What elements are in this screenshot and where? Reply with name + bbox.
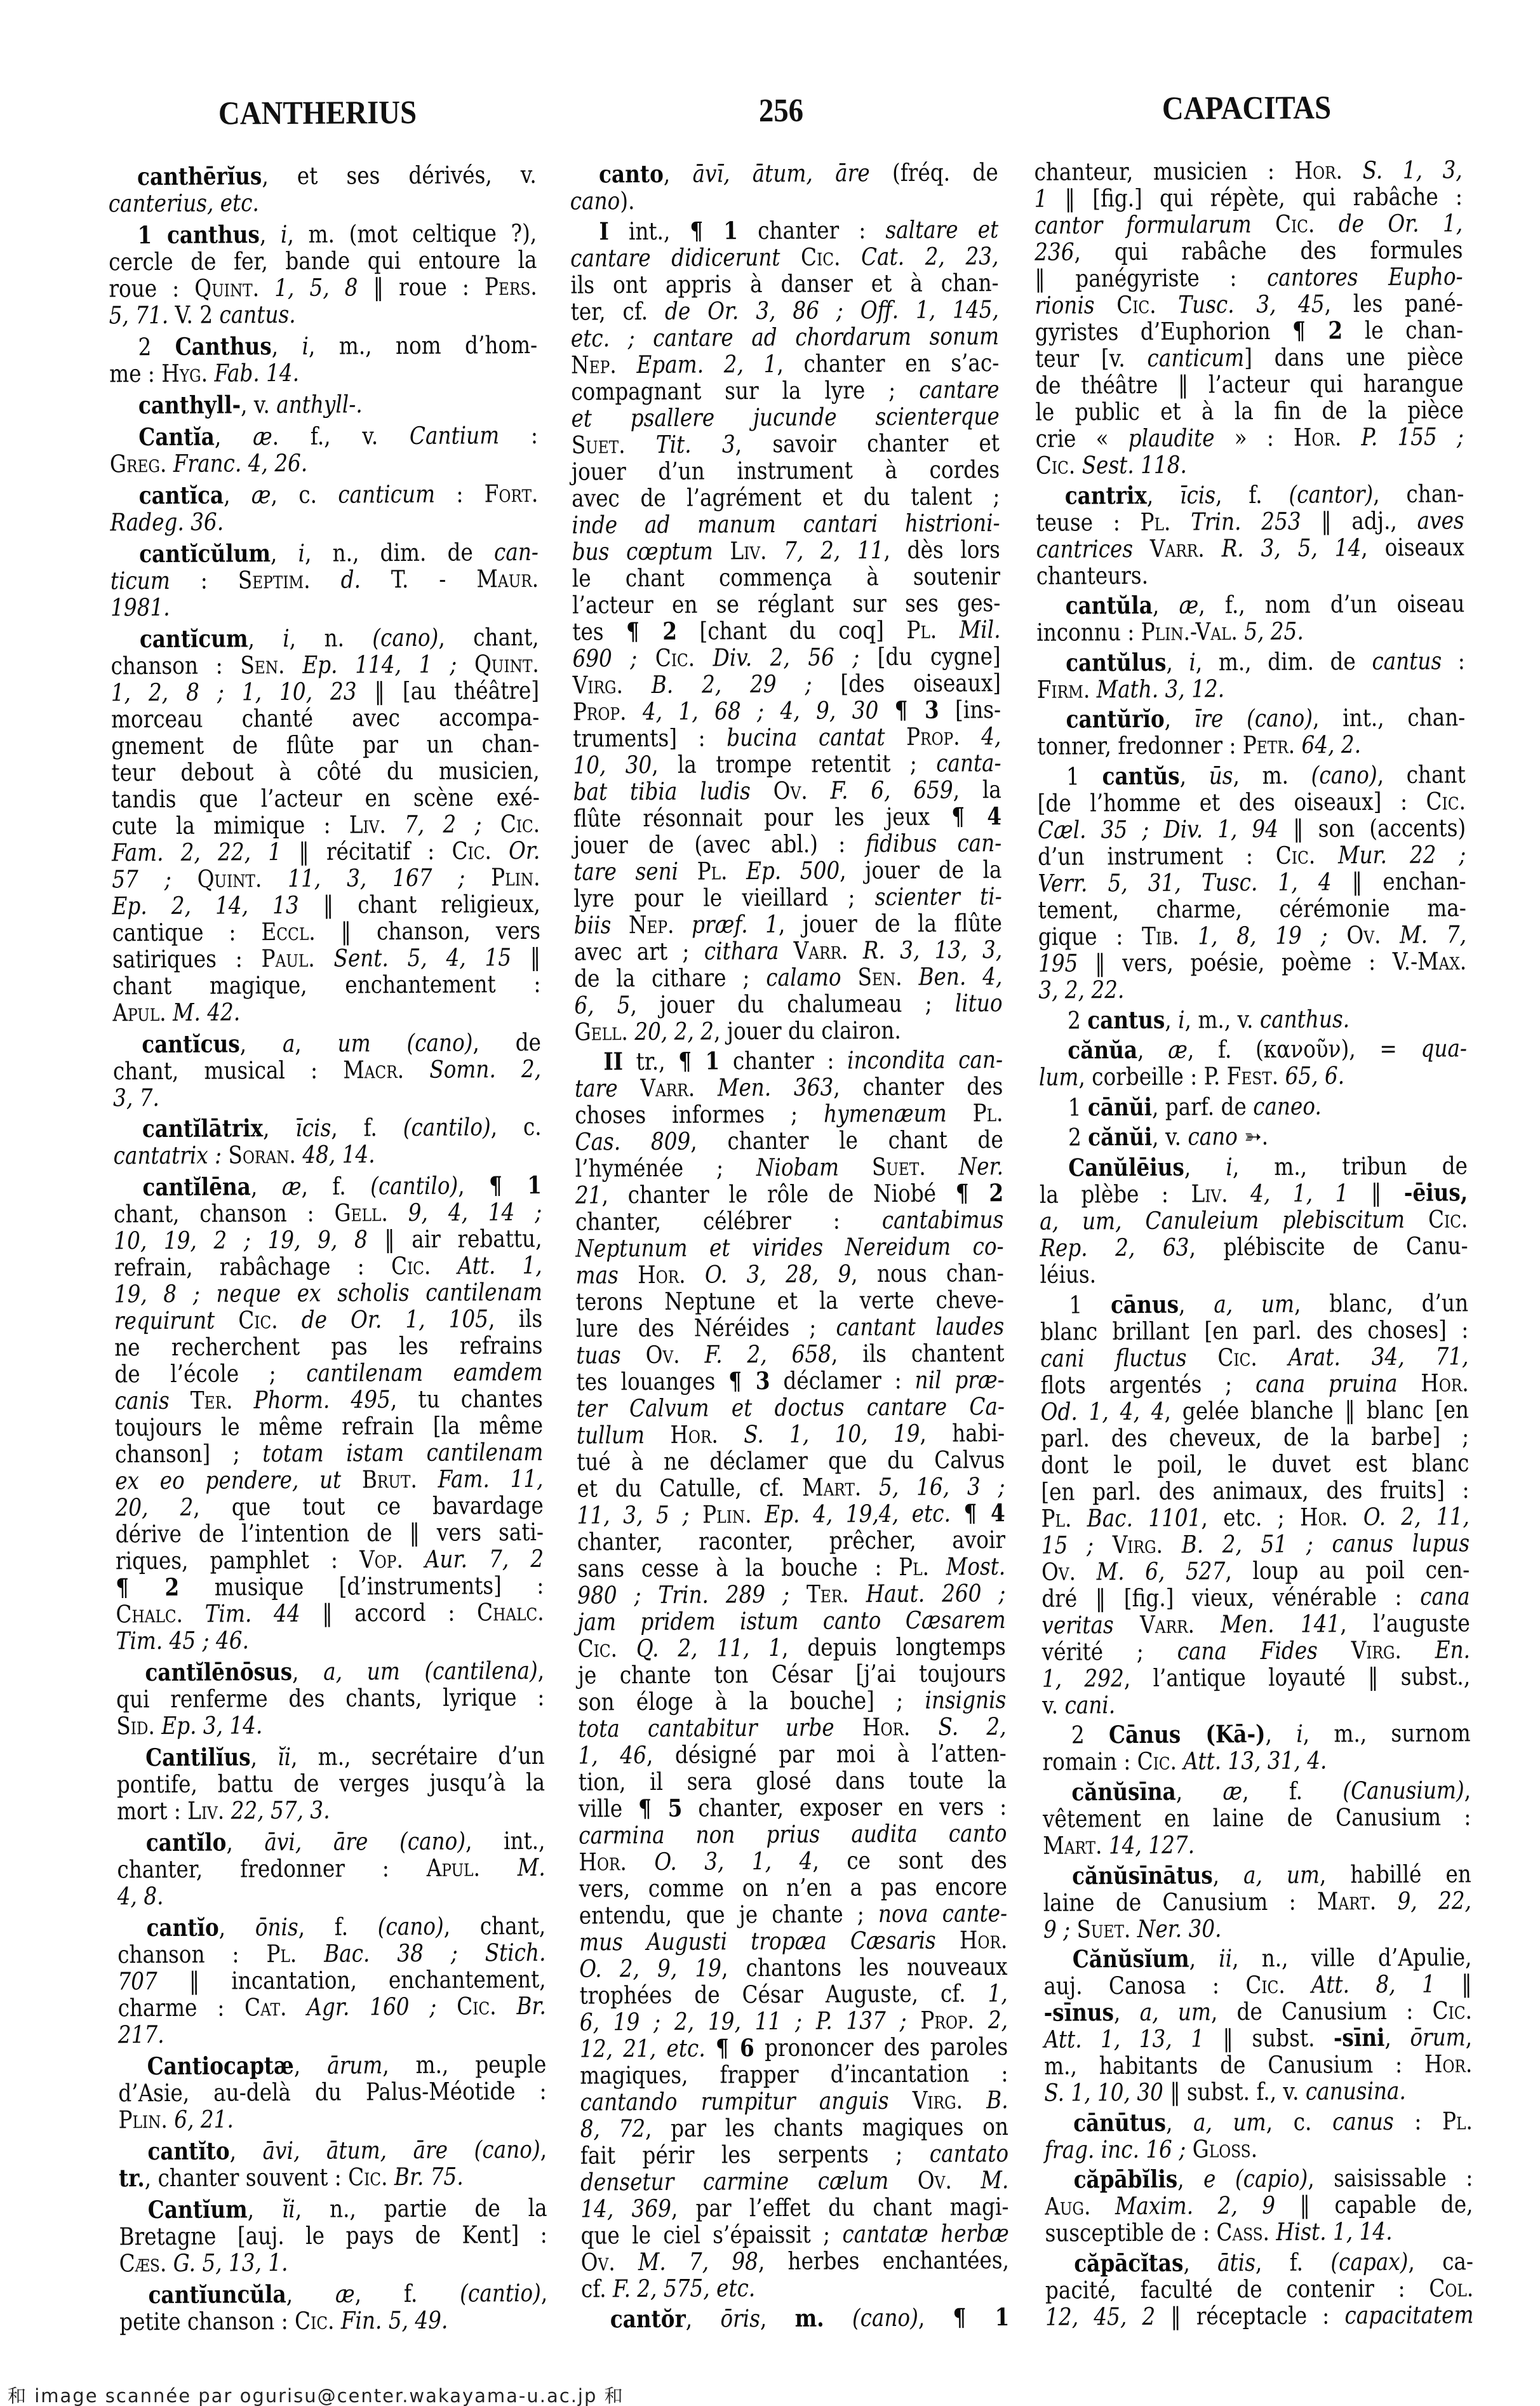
text-run: i <box>281 220 288 248</box>
text-run: ārum <box>327 2051 382 2079</box>
text-run: de la cithare ; <box>574 964 766 993</box>
text-run: æ <box>253 422 272 450</box>
text-run <box>619 1261 638 1289</box>
text-run: la plèbe : <box>1040 1180 1191 1209</box>
text-run: ‖ roue : <box>358 272 485 301</box>
text-run <box>481 810 500 838</box>
text-run: ōrum <box>1410 2023 1466 2051</box>
entry-line: cantĭcus, a, um (cano), de <box>113 1028 541 1058</box>
text-run: 10, 19, 2 ; 19, 9, 8 <box>114 1226 368 1255</box>
entry-line: romain : Cic. Att. 13, 31, 4. <box>1043 1747 1471 1776</box>
text-run: -sīni <box>1334 2023 1385 2052</box>
text-run: 1, 5, 8 <box>274 273 358 302</box>
entry-line: chanter, célébrer : cantabimus <box>575 1206 1003 1235</box>
text-run: (cantilo) <box>403 1113 491 1142</box>
entry-line: Gell. 20, 2, 2, jouer du clairon. <box>574 1016 1002 1045</box>
text-run: Pl. <box>899 1553 929 1581</box>
entry-line: inconnu : Plin.-Val. 5, 25. <box>1036 617 1464 646</box>
text-run: , m., peuple <box>382 2050 546 2079</box>
entry-line: chant, chanson : Gell. 9, 4, 14 ; <box>114 1199 542 1228</box>
text-run <box>617 351 637 379</box>
entry-line: Cantiocaptæ, ārum, m., peuple <box>118 2051 546 2080</box>
text-run: M. <box>981 2166 1008 2194</box>
text-run: caneo. <box>1253 1092 1322 1120</box>
entry-line: Cæl. 35 ; Div. 1, 94 ‖ son (accents) <box>1038 814 1466 843</box>
entry-line: tare seni Pl. Ep. 500, jouer de la <box>573 856 1001 885</box>
text-run: truments] : <box>573 723 726 752</box>
entry-line: Canŭlēius, i, m., tribun de <box>1040 1152 1468 1181</box>
text-run <box>171 864 198 892</box>
entry-line: toujours le même refrain [la même <box>115 1412 543 1441</box>
text-run: 1 <box>1034 185 1048 213</box>
text-run: trophées de César Auguste, cf. <box>579 1980 988 2010</box>
text-run <box>224 1797 231 1825</box>
text-run: a, um <box>1214 1289 1294 1318</box>
text-run: chant, musical : <box>113 1056 344 1085</box>
text-run: 22, 57, 3. <box>231 1796 330 1825</box>
text-run: Suet. <box>1076 1915 1130 1943</box>
text-run: , l’antique loyauté ‖ subst., <box>1124 1662 1471 1692</box>
text-run: chanson] ; <box>115 1440 262 1468</box>
entry-line: cantŭlus, i, m., dim. de cantus : <box>1036 647 1464 676</box>
entry-line: l’hyménée ; Niobam Suet. Ner. <box>575 1153 1003 1182</box>
text-run: , ils chantent <box>831 1339 1005 1368</box>
text-run: vers, comme on n’en a pas encore <box>579 1872 1007 1903</box>
entry-line: cano). <box>570 185 998 215</box>
text-run: , l’auguste <box>1340 1609 1470 1637</box>
text-run: biis <box>574 911 612 939</box>
text-run: , m., nom d’hom- <box>309 331 537 360</box>
text-run: , f. <box>355 2279 460 2308</box>
text-run: Ep. 4, 19,4, etc. <box>765 1500 951 1529</box>
text-run: tes <box>572 617 626 645</box>
text-run: 20, 2, 2 <box>634 1017 714 1045</box>
dictionary-entry: 1 canthus, i, m. (mot celtique ?),cercle… <box>109 220 537 329</box>
text-run: 1 <box>1068 1093 1088 1121</box>
text-run: , chant, <box>438 622 539 651</box>
text-run: Hor. <box>1421 1369 1469 1397</box>
entry-line: tement, charme, cérémonie ma- <box>1038 894 1466 924</box>
text-run: ¶ 6 <box>716 2033 754 2062</box>
text-run: qua- <box>1421 1035 1467 1063</box>
entry-line: 1, 292, l’antique loyauté ‖ subst., <box>1042 1663 1470 1692</box>
text-run: Nep. <box>571 351 617 379</box>
entry-line: pontife, battu de verges jusqu’à la <box>117 1769 545 1798</box>
entry-line: satiriques : Paul. Sent. 5, 4, 15 ‖ <box>112 943 540 972</box>
text-run <box>1130 1915 1137 1943</box>
entry-line: Pl. Bac. 1101, etc. ; Hor. O. 2, 11, <box>1041 1503 1469 1532</box>
dictionary-entry: 1 cānus, a, um, blanc, d’unblanc brillan… <box>1040 1289 1471 1719</box>
entry-line: Firm. Math. 3, 12. <box>1037 674 1465 703</box>
entry-line: tes ¶ 2 [chant du coq] Pl. Mil. <box>572 616 1000 645</box>
text-run: plaudite <box>1128 424 1215 452</box>
text-run: ticum <box>110 567 170 595</box>
text-run: Virg. <box>1351 1636 1402 1664</box>
text-run: pacité, faculté de contenir : <box>1045 2275 1430 2304</box>
entry-line: Bretagne [auj. le pays de Kent] : <box>119 2221 547 2250</box>
text-run: āvi, āre (cano) <box>264 1827 465 1857</box>
text-run: Virg. <box>1113 1530 1163 1558</box>
text-run <box>789 1580 807 1608</box>
text-run: Ep. 114, 1 ; <box>302 650 457 678</box>
text-run <box>910 1713 938 1741</box>
text-run: Cic. <box>655 643 695 671</box>
text-run: Aug. <box>1045 2193 1090 2221</box>
entry-line: Fam. 2, 22, 1 ‖ récitatif : Cic. Or. <box>112 837 540 866</box>
entry-line: 57 ; Quint. 11, 3, 167 ; Plin. <box>112 863 540 892</box>
text-run: jam pridem istum canto Cæsarem <box>577 1606 1005 1636</box>
text-run: e (capio) <box>1203 2165 1308 2193</box>
text-run: musique [d’instruments] : <box>179 1571 544 1601</box>
text-run: bus cœptum <box>572 537 713 565</box>
entry-line: 4, 8. <box>117 1881 546 1910</box>
text-run: cantĭlēna <box>142 1173 251 1202</box>
text-run: 2, <box>988 2006 1008 2034</box>
entry-line: dont le poil, le duvet est blanc <box>1041 1449 1469 1479</box>
text-run <box>615 2248 638 2276</box>
text-run: , ca- <box>1408 2247 1473 2276</box>
text-run: ūs <box>1209 762 1233 790</box>
text-run <box>1075 451 1082 479</box>
text-run: ōnis <box>255 1913 298 1941</box>
entry-line: 10, 30, la trompe retentit ; canta- <box>573 749 1001 779</box>
text-run: Chalc. <box>116 1600 183 1629</box>
text-run: īcis <box>295 1114 331 1142</box>
text-run: Mart. <box>802 1474 861 1502</box>
text-run: cantĭuncŭla <box>148 2280 286 2309</box>
text-run: , et ses dérivés, v. <box>262 161 537 190</box>
text-run <box>888 2167 918 2194</box>
text-run: ‖ son (accents) <box>1278 814 1466 843</box>
text-run: [ins- <box>939 696 1001 724</box>
entry-line: mort : Liv. 22, 57, 3. <box>117 1796 545 1825</box>
text-run: Most. <box>946 1552 1006 1580</box>
text-run: tion, il sera glosé dans toute la <box>579 1766 1007 1796</box>
text-run: : <box>499 421 538 449</box>
text-run <box>1376 1886 1398 1914</box>
text-run: , parf. de <box>1152 1092 1253 1121</box>
entry-line: chanson] ; totam istam cantilenam <box>115 1439 543 1468</box>
entry-line: Ov. M. 7, 98, herbes enchantées, <box>581 2247 1009 2276</box>
text-run: Hist. 1, 14. <box>1276 2217 1392 2246</box>
text-run: æ <box>335 2280 355 2308</box>
text-run <box>1094 1531 1113 1559</box>
text-run: , <box>1166 2108 1193 2136</box>
entry-line: entendu, que je chante ; nova cante- <box>579 1900 1007 1929</box>
entry-line: cantĭto, āvi, ātum, āre (cano), <box>119 2136 547 2165</box>
text-run <box>839 1153 872 1181</box>
text-run: , <box>1213 1861 1244 1889</box>
text-run: Haut. 260 ; <box>866 1579 1006 1608</box>
text-run: S. 1, 10, 19 <box>744 1420 920 1448</box>
dictionary-entry: cantĭca, æ, c. canticum : Fort.Radeg. 36… <box>110 480 539 536</box>
text-run: M. 7, <box>1400 920 1466 949</box>
text-run: Col. <box>1429 2274 1473 2302</box>
text-run: ¶ 3 <box>728 1366 770 1395</box>
text-run: , n., partie de la <box>295 2194 547 2223</box>
text-run: flûte résonnait pour les jeux <box>573 802 952 832</box>
text-run: ‖ accord : <box>300 1599 477 1627</box>
text-run: canticum <box>1147 344 1244 372</box>
text-run: , chanter le chant de <box>690 1126 1003 1155</box>
text-run: ¶ 1 <box>678 1047 720 1075</box>
entry-line: Verr. 5, 31, Tusc. 1, 4 ‖ enchan- <box>1038 868 1466 897</box>
text-run: Hor. <box>670 1421 718 1449</box>
text-run: , f. <box>301 1173 370 1201</box>
text-run: cantus <box>1372 647 1442 675</box>
text-run <box>645 1421 671 1449</box>
text-run: d’Asie, au-delà du Palus-Méotide : <box>118 2077 546 2107</box>
text-run: chanter, raconter, prêcher, avoir <box>577 1526 1005 1556</box>
text-run: Cic. <box>1275 210 1315 238</box>
text-run: d. <box>341 565 361 593</box>
text-run <box>431 1252 458 1280</box>
text-run: Varr. <box>1140 1610 1195 1638</box>
text-run: , m., dim. de <box>1196 647 1372 676</box>
text-run: carmina non prius audita canto <box>579 1819 1007 1850</box>
text-run: i <box>283 624 290 652</box>
text-run: , <box>226 1828 264 1856</box>
dictionary-entry: II tr., ¶ 1 chanter : incondita can-tare… <box>575 1046 1010 2302</box>
text-run: Hor. <box>862 1713 911 1741</box>
entry-line: pacité, faculté de contenir : Col. <box>1045 2275 1473 2304</box>
text-run: Att. 8, 1 <box>1311 1970 1435 1999</box>
text-run: cānus <box>1111 1289 1179 1319</box>
text-run: ‖ adj., <box>1301 506 1417 535</box>
entry-line: magiques, frapper d’incantation : <box>580 2060 1008 2089</box>
text-run: tare <box>575 1075 618 1103</box>
entry-line: canthērĭus, et ses dérivés, v. <box>108 161 536 191</box>
text-run: , n. <box>290 624 373 652</box>
entry-line: avec art ; cithara Varr. R. 3, 13, 3, <box>574 936 1002 965</box>
text-run: jouer d’un instrument à cordes <box>572 455 1000 486</box>
text-run: ii <box>1219 1944 1232 1972</box>
entry-line: de l’école ; cantilenam eamdem <box>114 1359 542 1388</box>
entry-line: trophées de César Auguste, cf. 1, <box>579 1980 1007 2009</box>
entry-line: dré ‖ [fig.] vieux, vénérable : cana <box>1041 1583 1470 1612</box>
text-run: V. 2 <box>168 300 219 328</box>
text-run: [du cygne] <box>859 642 1001 671</box>
entry-line: l’acteur en se réglant sur ses ges- <box>572 589 1000 619</box>
text-run: Cic. <box>391 1252 431 1280</box>
text-run: Vop. <box>359 1545 403 1573</box>
text-run: , m., v. <box>1184 1005 1260 1034</box>
text-run <box>297 1940 324 1968</box>
text-run: cănŭa <box>1068 1035 1137 1065</box>
text-run: 2 <box>1071 1721 1109 1749</box>
text-run: Fort. <box>485 480 539 507</box>
text-run: , désigné par moi à l’atten- <box>646 1739 1007 1769</box>
text-run: 4, 1, 1 <box>1250 1179 1348 1207</box>
dictionary-entry: cantĭo, ōnis, f. (cano), chant,chanson :… <box>117 1912 546 2048</box>
text-run: , <box>294 2052 328 2080</box>
text-run: [en parl. des animaux, des fruits] : <box>1041 1475 1469 1506</box>
text-run: cantare didicerunt <box>570 243 780 272</box>
text-run: cantatæ herbæ <box>842 2219 1009 2248</box>
entry-line: m., habitants de Canusium : Hor. <box>1044 2050 1472 2080</box>
text-run <box>960 722 981 750</box>
text-run: cantĭcus <box>142 1029 240 1058</box>
text-run <box>1295 731 1302 759</box>
text-run: ‖ capable de, <box>1275 2191 1473 2220</box>
text-run: āvi, ātum, āre (cano) <box>262 2135 540 2165</box>
text-run: de l’école ; <box>114 1359 306 1388</box>
text-run <box>840 243 861 271</box>
text-run <box>183 1600 205 1628</box>
text-run: canthērĭus <box>137 161 262 191</box>
entry-line: chant magique, enchantement : <box>112 970 540 999</box>
text-run: S. 2, <box>938 1712 1006 1741</box>
text-run: son éloge à la bouche] ; <box>578 1686 925 1716</box>
dictionary-entry: cantĭto, āvi, ātum, āre (cano),tr., chan… <box>119 2136 547 2192</box>
text-run: , ce sont des <box>812 1846 1007 1875</box>
text-run: : <box>1394 2107 1443 2135</box>
text-run <box>1238 617 1245 645</box>
entry-line: teur debout à côté du musicien, <box>111 756 539 786</box>
text-run: cana pruina <box>1255 1369 1398 1398</box>
text-run: , <box>248 2195 282 2223</box>
column-1: canthērĭus, et ses dérivés, v.canterius,… <box>108 161 547 2335</box>
text-run: 8, 72 <box>580 2114 646 2143</box>
guide-word-left: CANTHERIUS <box>175 95 460 132</box>
dictionary-entry: canthērĭus, et ses dérivés, v.canterius,… <box>108 161 537 217</box>
text-run <box>718 1421 744 1449</box>
text-run: cani. <box>1064 1691 1115 1719</box>
text-run <box>695 643 713 671</box>
entry-line: Plin. 6, 21. <box>118 2104 546 2134</box>
text-run: de Or. 1, <box>1339 209 1463 238</box>
entry-line: II tr., ¶ 1 chanter : incondita can- <box>575 1046 1003 1075</box>
text-run: Pl. <box>1140 507 1170 535</box>
dictionary-entry: cānūtus, a, um, c. canus : Pl.frag. inc.… <box>1044 2107 1473 2163</box>
text-run: prononcer des paroles <box>754 2033 1008 2062</box>
entry-line: Cantilĭus, ĭi, m., secrétaire d’un <box>116 1742 544 1771</box>
entry-line: etc. ; cantare ad chordarum sonum <box>571 323 999 352</box>
text-run: can- <box>494 538 539 566</box>
entry-line: 195 ‖ vers, poésie, poème : V.-Max. <box>1038 948 1466 977</box>
text-run <box>878 696 895 724</box>
text-run: cantant laudes <box>836 1312 1004 1341</box>
entry-line: ne recherchent pas les refrains <box>114 1332 542 1361</box>
entry-line: bat tibia ludis Ov. F. 6, 659, la <box>573 776 1001 805</box>
text-run: tes louanges <box>576 1368 728 1396</box>
text-run: (cantio) <box>460 2279 541 2308</box>
text-run: Septim. <box>238 565 311 594</box>
text-run: , <box>271 539 298 567</box>
text-run <box>727 857 746 885</box>
text-run: , <box>1147 481 1180 509</box>
entry-line: la plèbe : Liv. 4, 1, 1 ‖ -ēius, <box>1040 1179 1468 1208</box>
text-run <box>278 1306 302 1334</box>
text-run: cānūtus <box>1073 2108 1166 2137</box>
text-run: , <box>1265 1720 1296 1748</box>
entry-line: truments] : bucina cantat Prop. 4, <box>573 723 1001 752</box>
entry-line: le public et à la fin de la pièce <box>1035 396 1463 426</box>
text-run: nova cante- <box>878 1899 1007 1928</box>
entry-line: 1981. <box>110 592 539 621</box>
text-run: anthyll-. <box>276 390 363 419</box>
text-run: , <box>292 1658 323 1686</box>
text-run: Hyg. <box>161 359 208 387</box>
entry-line: 2 cantus, i, m., v. canthus. <box>1038 1005 1466 1034</box>
entry-line: 1, 2, 8 ; 1, 10, 23 ‖ [au théâtre] <box>111 676 539 706</box>
text-run: , <box>540 2135 547 2163</box>
text-run: Math. 3, 12. <box>1097 675 1225 703</box>
text-run: Sest. 118. <box>1082 451 1187 480</box>
text-run: Cantĭum <box>148 2194 248 2224</box>
text-run: vêtement en laine de Canusium : <box>1043 1803 1471 1833</box>
text-run: ‖ enchan- <box>1331 867 1466 896</box>
text-run: cantĭo <box>146 1913 218 1942</box>
text-run: Brut. <box>362 1465 417 1493</box>
text-run: [des oiseaux] <box>812 669 1001 698</box>
text-run: riques, pamphlet : <box>116 1546 359 1575</box>
text-run: , qui rabâche des formules <box>1074 236 1463 265</box>
text-run: O. 2, 11, <box>1363 1502 1470 1531</box>
entry-line: cani fluctus Cic. Arat. 34, 71, <box>1040 1343 1468 1372</box>
text-run: Suet. <box>572 431 626 459</box>
text-run: magiques, frapper d’incantation : <box>580 2059 1008 2090</box>
text-run: Att. 1, <box>457 1251 542 1280</box>
entry-line: 1 canthus, i, m. (mot celtique ?), <box>109 220 537 249</box>
text-run: tullum <box>577 1421 645 1449</box>
entry-line: terons Neptune et la verte cheve- <box>576 1286 1004 1315</box>
entry-line: gyristes d’Euphorion ¶ 2 le chan- <box>1035 316 1463 346</box>
text-run: S. 1, 10, 30 <box>1044 2078 1163 2107</box>
text-run: teuse : <box>1036 508 1140 537</box>
entry-line: Ov. M. 6, 527, loup au poil cen- <box>1041 1556 1470 1585</box>
text-run: a, um, Canuleium plebiscitum <box>1040 1206 1405 1235</box>
text-run: le chan- <box>1342 316 1463 344</box>
text-run: Cic. <box>1116 291 1156 319</box>
entry-line: 19, 8 ; neque ex scholis cantilenam <box>114 1279 542 1308</box>
text-run: roue : <box>109 274 194 303</box>
text-run: M. 6, 527 <box>1097 1557 1226 1585</box>
text-run: 65, 6. <box>1285 1062 1344 1090</box>
text-run: Ov. <box>646 1341 680 1369</box>
text-run: Mil. <box>960 615 1001 643</box>
text-run <box>386 810 405 838</box>
dictionary-entry: cantŏr, ōris, m. (cano), ¶ 1 <box>581 2304 1009 2333</box>
text-run: 7, 2, 11 <box>784 536 884 565</box>
text-run <box>611 911 629 939</box>
entry-line: căpācĭtas, ātis, f. (capax), ca- <box>1045 2248 1473 2277</box>
entry-line: laine de Canusium : Mart. 9, 22, <box>1043 1887 1471 1916</box>
text-run: 20, 2 <box>115 1493 193 1522</box>
text-run: , <box>1114 1998 1140 2026</box>
text-run: , jouer de la <box>840 856 1001 884</box>
text-run: cantus. <box>219 300 295 329</box>
text-run: Hor. <box>638 1261 686 1289</box>
text-run: M. 42. <box>173 998 240 1026</box>
text-run: i <box>302 332 309 360</box>
text-run: Somn. 2, <box>429 1054 541 1083</box>
entry-line: flots argentés ; cana pruina Hor. <box>1040 1369 1468 1399</box>
text-run: 48, 14. <box>302 1141 375 1169</box>
text-run: canta- <box>936 749 1001 777</box>
text-run: R. 3, 5, 14 <box>1222 534 1362 562</box>
text-run <box>637 644 655 672</box>
dictionary-entry: cantĭlo, āvi, āre (cano), int.,chanter, … <box>117 1827 546 1910</box>
entry-line: Ep. 2, 14, 13 ‖ chant religieux, <box>112 890 540 919</box>
entry-line: 690 ; Cic. Div. 2, 56 ; [du cygne] <box>572 643 1000 672</box>
text-run: , chantons les nouveaux <box>721 1952 1008 1982</box>
text-run: cantŭla <box>1066 591 1153 620</box>
text-run: Men. 363 <box>718 1073 834 1102</box>
text-run <box>286 1993 307 2021</box>
text-run: Ov. <box>918 2167 952 2194</box>
text-run: , <box>1137 1036 1168 1064</box>
